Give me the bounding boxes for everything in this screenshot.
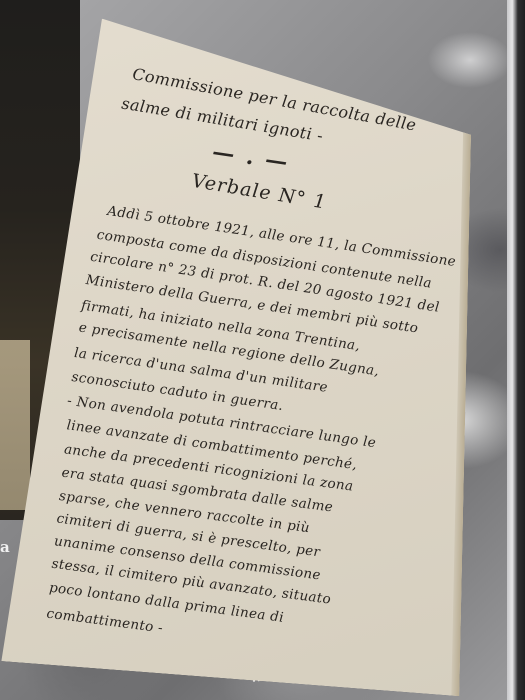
display-frame-edge	[507, 0, 525, 700]
background-photo-figure	[0, 340, 30, 510]
document-separator: — . —	[211, 139, 290, 176]
document-title: Verbale N° 1	[191, 170, 328, 214]
panel-caption-fragment: a	[0, 538, 10, 556]
body-line: combattimento -	[46, 606, 164, 637]
